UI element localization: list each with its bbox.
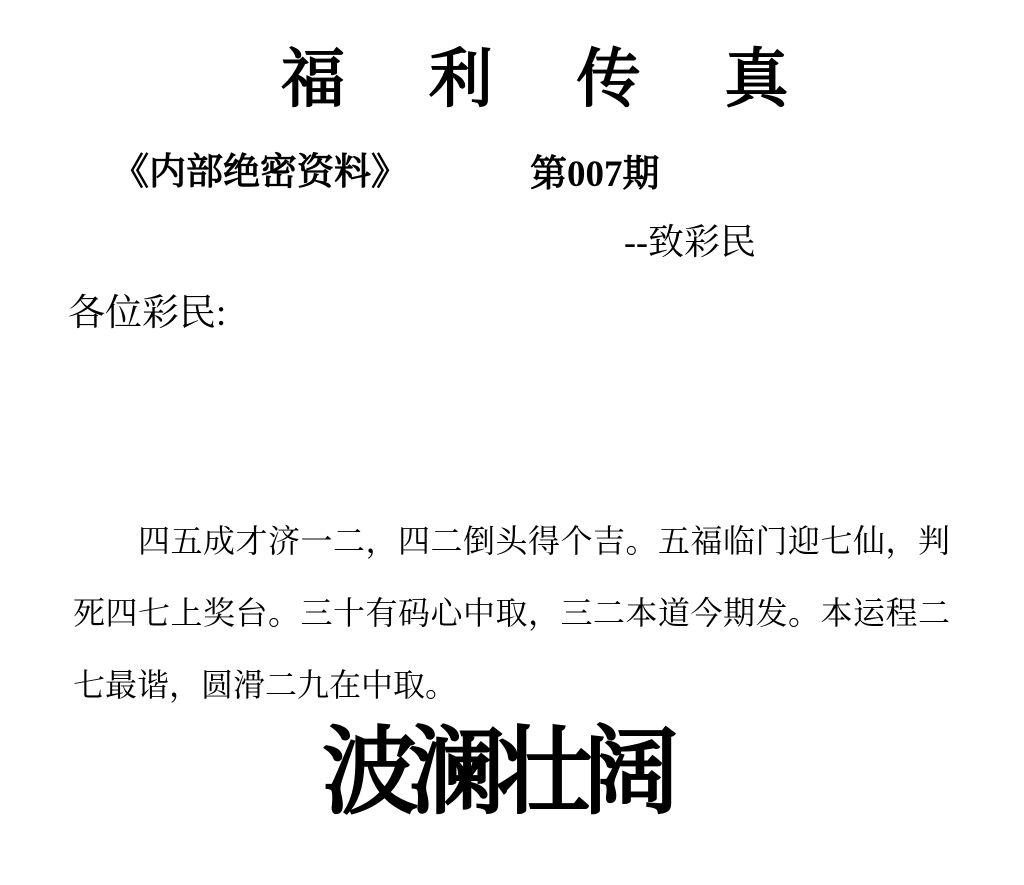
- dedication-line: --致彩民: [624, 221, 756, 264]
- document-page: 福 利 传 真 《内部绝密资料》 第007期 --致彩民 各位彩民: 四五成才济…: [0, 0, 1024, 885]
- source-label: 《内部绝密资料》: [112, 151, 408, 195]
- verse-paragraph: 四五成才济一二，四二倒头得个吉。五福临门迎七仙，判 死四七上奖台。三十有码心中取…: [73, 505, 950, 721]
- slogan-text: 波澜壮阔: [322, 718, 670, 828]
- verse-line: 死四七上奖台。三十有码心中取，三二本道今期发。本运程二: [73, 577, 950, 649]
- salutation: 各位彩民:: [68, 292, 226, 336]
- verse-line: 七最谐，圆滑二九在中取。: [73, 649, 950, 721]
- issue-number: 第007期: [530, 153, 660, 197]
- verse-line: 四五成才济一二，四二倒头得个吉。五福临门迎七仙，判: [73, 505, 950, 577]
- document-title: 福 利 传 真: [281, 44, 821, 114]
